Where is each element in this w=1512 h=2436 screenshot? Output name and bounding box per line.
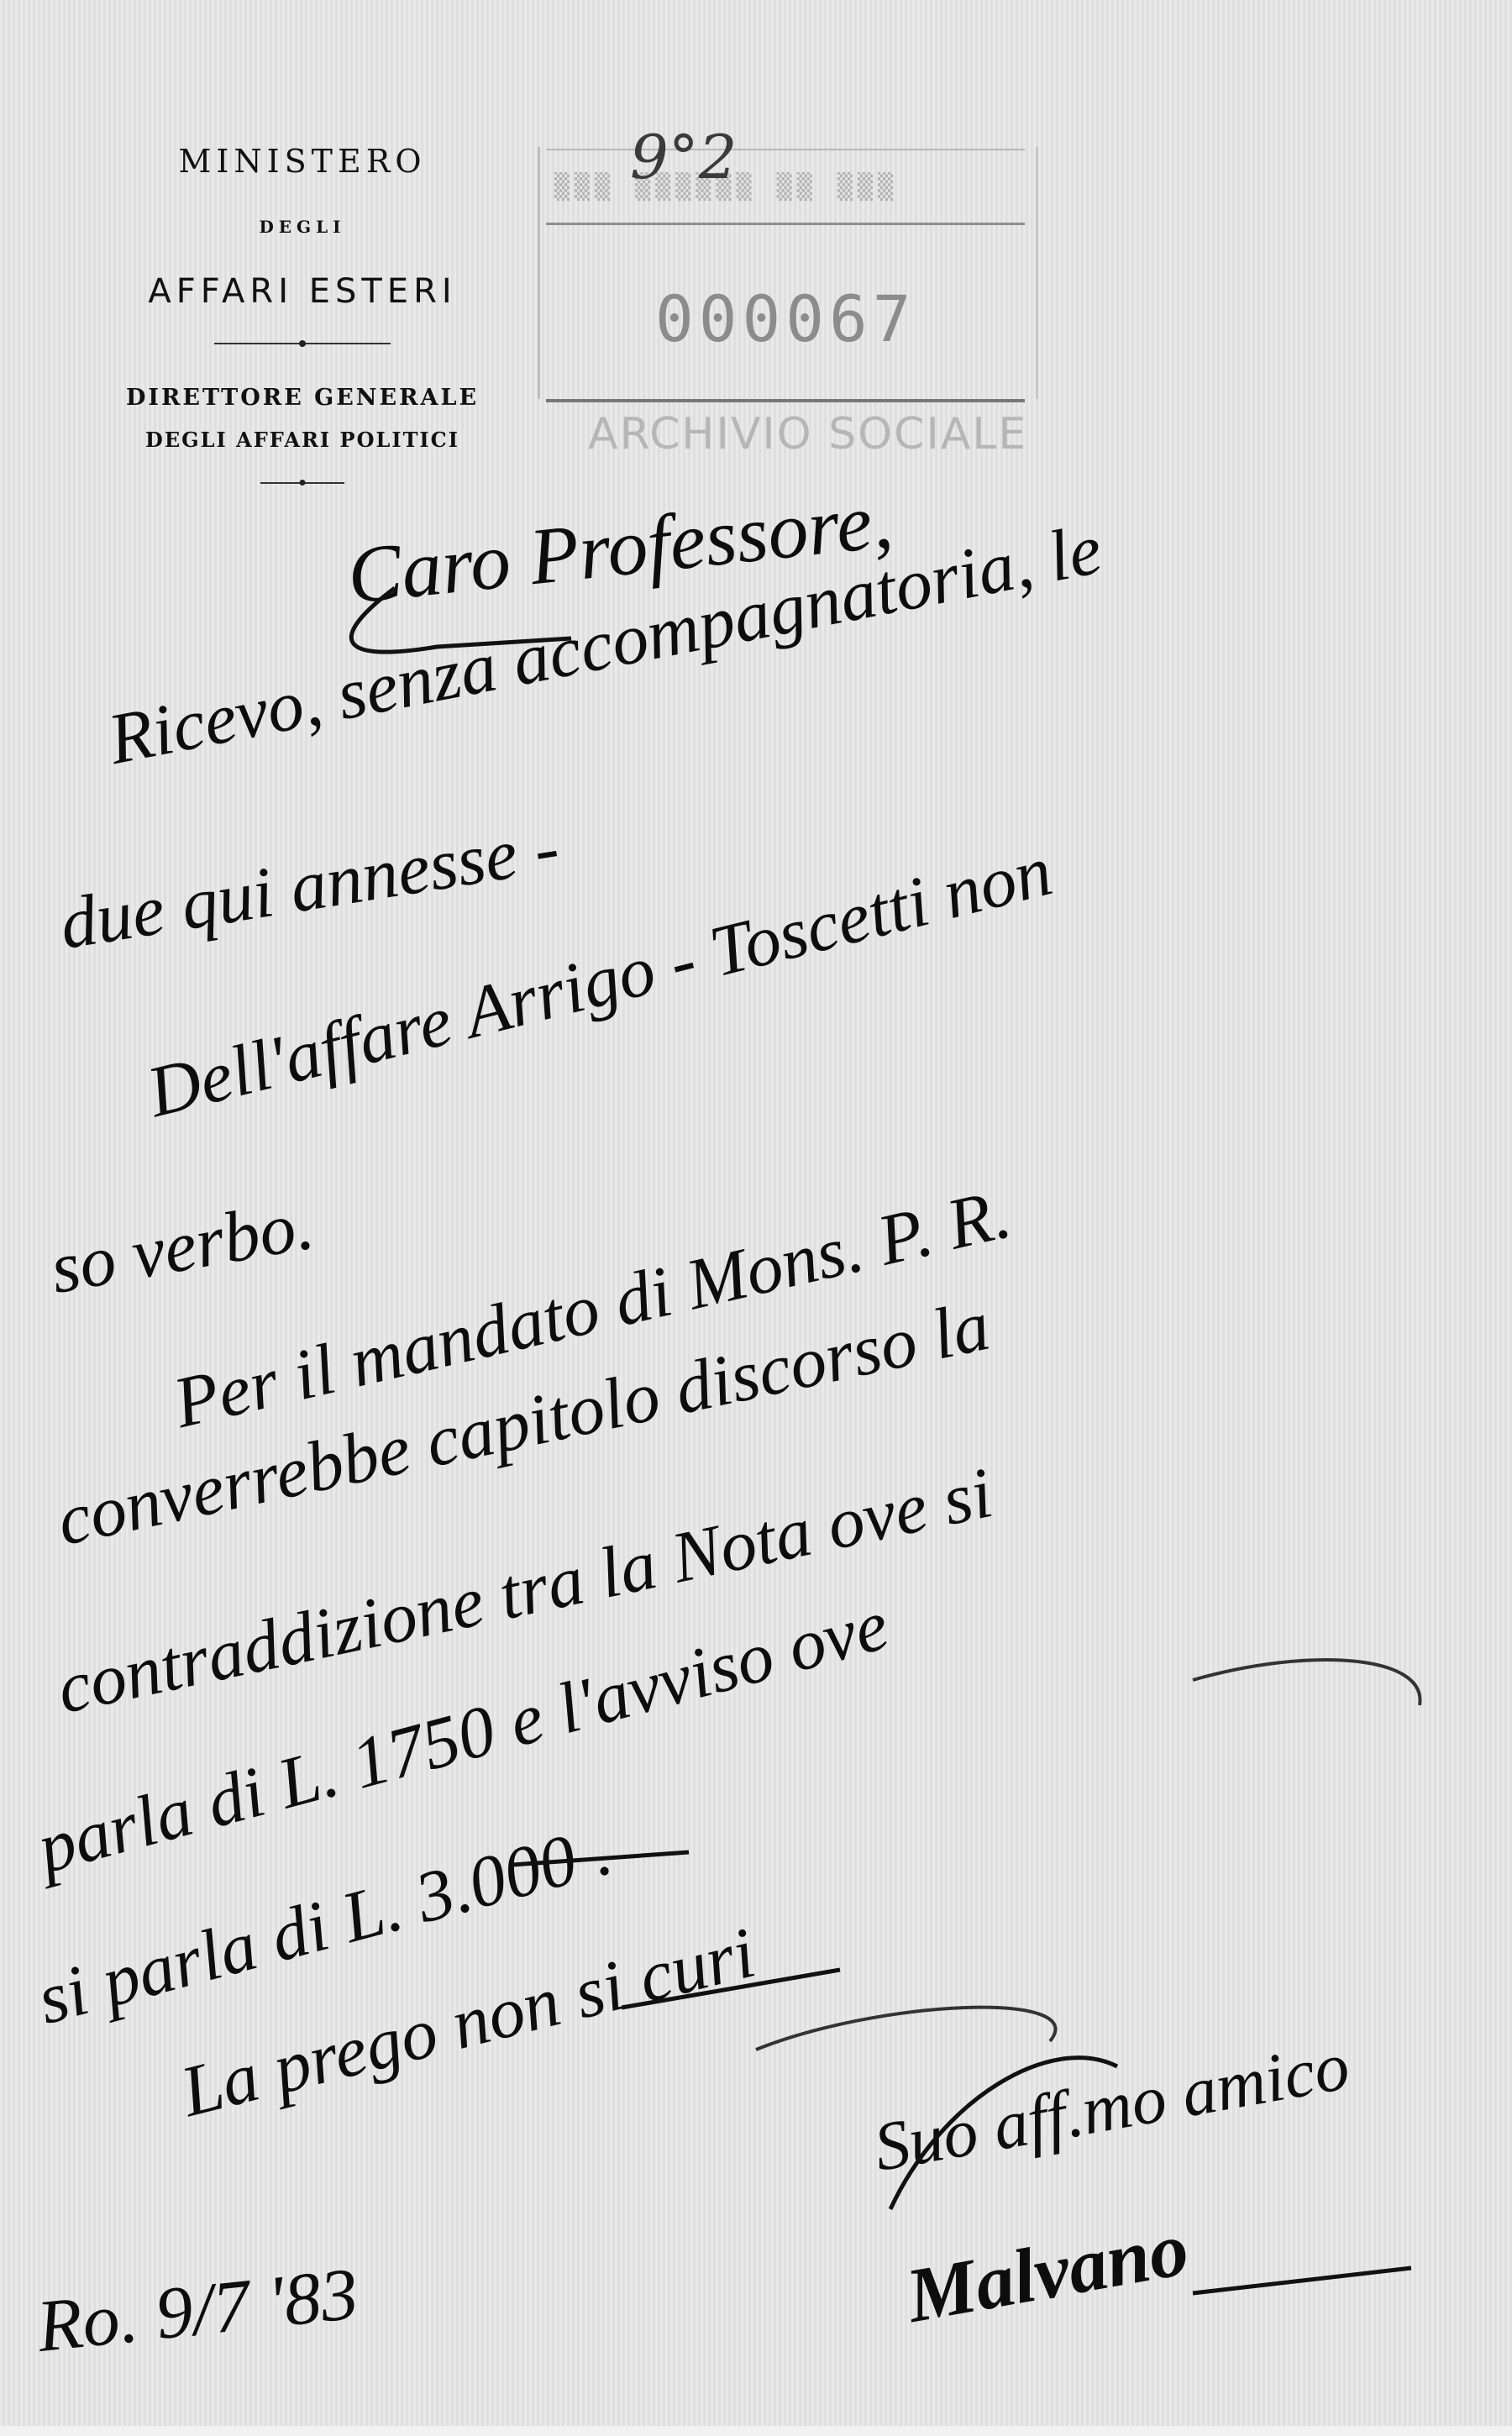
handwritten-annotation: 9°2	[630, 122, 738, 192]
archive-stamp: ▒▒▒ ▒▒▒▒▒▒ ▒▒ ▒▒▒ 000067 ARCHIVIO SOCIAL…	[538, 139, 1033, 475]
letterhead: MINISTERO DEGLI AFFARI ESTERI DIRETTORE …	[84, 143, 521, 484]
stamp-header-text: ▒▒▒ ▒▒▒▒▒▒ ▒▒ ▒▒▒	[554, 172, 1025, 202]
stamp-divider-bottom	[546, 399, 1025, 402]
flourish-curi	[756, 2008, 1056, 2050]
letter-closing: Suo aff.mo amico	[869, 2026, 1355, 2187]
letterhead-affari-esteri: AFFARI ESTERI	[84, 272, 521, 311]
letter-line-4: so verbo.	[45, 1182, 320, 1310]
stamp-archive-number: 000067	[655, 281, 916, 356]
letterhead-affari-politici: DEGLI AFFARI POLITICI	[84, 428, 521, 452]
letterhead-ministero: MINISTERO	[84, 143, 521, 180]
letter-line-2: due qui annesse -	[54, 804, 564, 966]
page-bottom-edge	[0, 2426, 1512, 2436]
letterhead-degli: DEGLI	[84, 217, 521, 237]
signature-tail	[1193, 2268, 1411, 2293]
stamp-archive-label: ARCHIVIO SOCIALE	[588, 409, 1027, 459]
stamp-divider-top	[546, 149, 1025, 150]
letter-signature: Malvano	[900, 2203, 1195, 2340]
letter-date: Ro. 9/7 '83	[33, 2252, 361, 2370]
letterhead-ornament-rule-small	[260, 482, 344, 484]
flourish-avviso	[1193, 1660, 1420, 1705]
letterhead-direttore-generale: DIRETTORE GENERALE	[84, 385, 521, 411]
stamp-divider-middle	[546, 223, 1025, 225]
letterhead-ornament-rule	[214, 343, 391, 344]
